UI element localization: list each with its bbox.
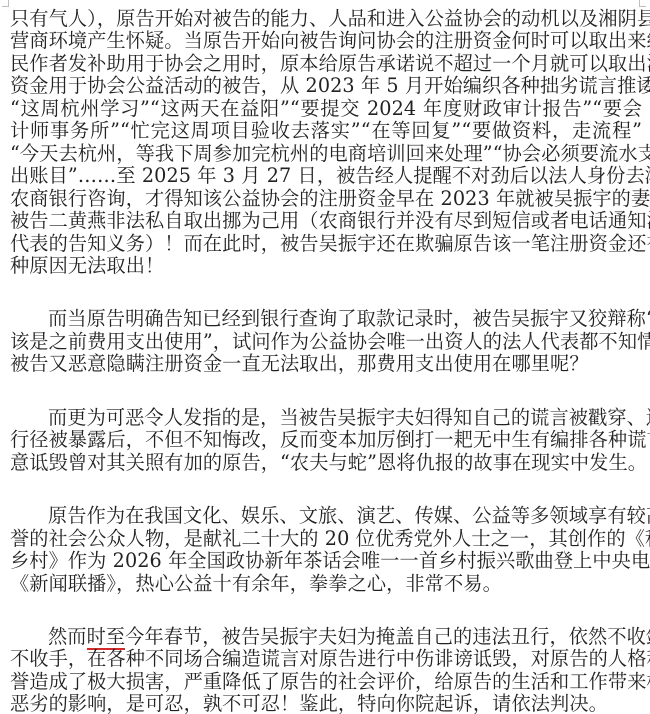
text-line: 农商银行咨询，才得知该公益协会的注册资金早在 2023 年就被吴振宇的妻子、 (10, 188, 642, 210)
text-line: 资金用于协会公益活动的被告，从 2023 年 5 月开始编织各种拙劣谎言推诿诸如 (10, 75, 642, 97)
text-boundary-corner-mark (639, 0, 646, 7)
text-line: 原告作为在我国文化、娱乐、文旅、演艺、传媒、公益等多领域享有较高声 (48, 505, 642, 527)
text-line: 民作者发补助用于协会之用时，原本给原告承诺说不超过一个月就可以取出注册 (10, 53, 642, 75)
text-line: 计师事务所”“忙完这周项目验收去落实”“在等回复”“要做资料，走流程” (10, 120, 642, 142)
text-line: 誉造成了极大损害，严重降低了原告的社会评价，给原告的生活和工作带来极为 (10, 671, 642, 693)
text-line: 种原因无法取出！ (10, 255, 642, 277)
text-line: “今天去杭州，等我下周参加完杭州的电商培训回来处理”“协会必须要流水支 (10, 143, 642, 165)
text-line: “这周杭州学习”“这两天在益阳”“要提交 2024 年度财政审计报告”“要会 (10, 98, 642, 120)
text-line: 誉的社会公众人物，是献礼二十大的 20 位优秀党外人士之一，其创作的《和美 (10, 528, 642, 550)
text-line: 被告又恶意隐瞒注册资金一直无法取出，那费用支出使用在哪里呢？ (10, 353, 642, 375)
text-run: 今年春节，被告吴振宇夫妇为掩盖自己的违法丑行，依然不收敛、 (125, 625, 650, 648)
text-line: 而当原告明确告知已经到银行查询了取款记录时，被告吴振宇又狡辩称“应 (48, 308, 642, 330)
text-line: 然而时至今年春节，被告吴振宇夫妇为掩盖自己的违法丑行，依然不收敛、 (48, 626, 642, 648)
text-line: 恶劣的影响，是可忍，孰不可忍！鉴此，特向你院起诉，请依法判决。 (10, 693, 642, 714)
text-line: 被告二黄燕非法私自取出挪为己用（农商银行并没有尽到短信或者电话通知法人 (10, 210, 642, 232)
text-line: 意诋毁曾对其关照有加的原告，“农夫与蛇”恩将仇报的故事在现实中发生。 (10, 452, 642, 474)
text-line: 出账目”……至 2025 年 3 月 27 日，被告经人提醒不对劲后以法人身份去… (10, 165, 642, 187)
text-line: 《新闻联播》，热心公益十有余年，拳拳之心，非常不易。 (10, 573, 642, 595)
text-line: 代表的告知义务）！而在此时，被告吴振宇还在欺骗原告该一笔注册资金还有各 (10, 233, 642, 255)
text-line: 乡村》作为 2026 年全国政协新年茶话会唯一一首乡村振兴歌曲登上中央电视台 (10, 550, 642, 572)
document-page: 只有气人），原告开始对被告的能力、人品和进入公益协会的动机以及湘阴县的 营商环境… (0, 0, 650, 714)
text-line: 行径被暴露后，不但不知悔改，反而变本加厉倒打一耙无中生有编排各种谎言恶 (10, 429, 642, 451)
text-line: 不收手，在各种不同场合编造谎言对原告进行中伤诽谤诋毁，对原告的人格和名 (10, 648, 642, 670)
text-line: 只有气人），原告开始对被告的能力、人品和进入公益协会的动机以及湘阴县的 (10, 8, 642, 30)
text-line: 该是之前费用支出使用”，试问作为公益协会唯一出资人的法人代表都不知情， (10, 331, 642, 353)
text-boundary-corner-mark (2, 0, 9, 7)
text-line: 而更为可恶令人发指的是，当被告吴振宇夫妇得知自己的谎言被戳穿、违法 (48, 407, 642, 429)
text-line: 营商环境产生怀疑。当原告开始向被告询问协会的注册资金何时可以取出来给农 (10, 30, 642, 52)
text-run: 然而 (48, 625, 87, 648)
